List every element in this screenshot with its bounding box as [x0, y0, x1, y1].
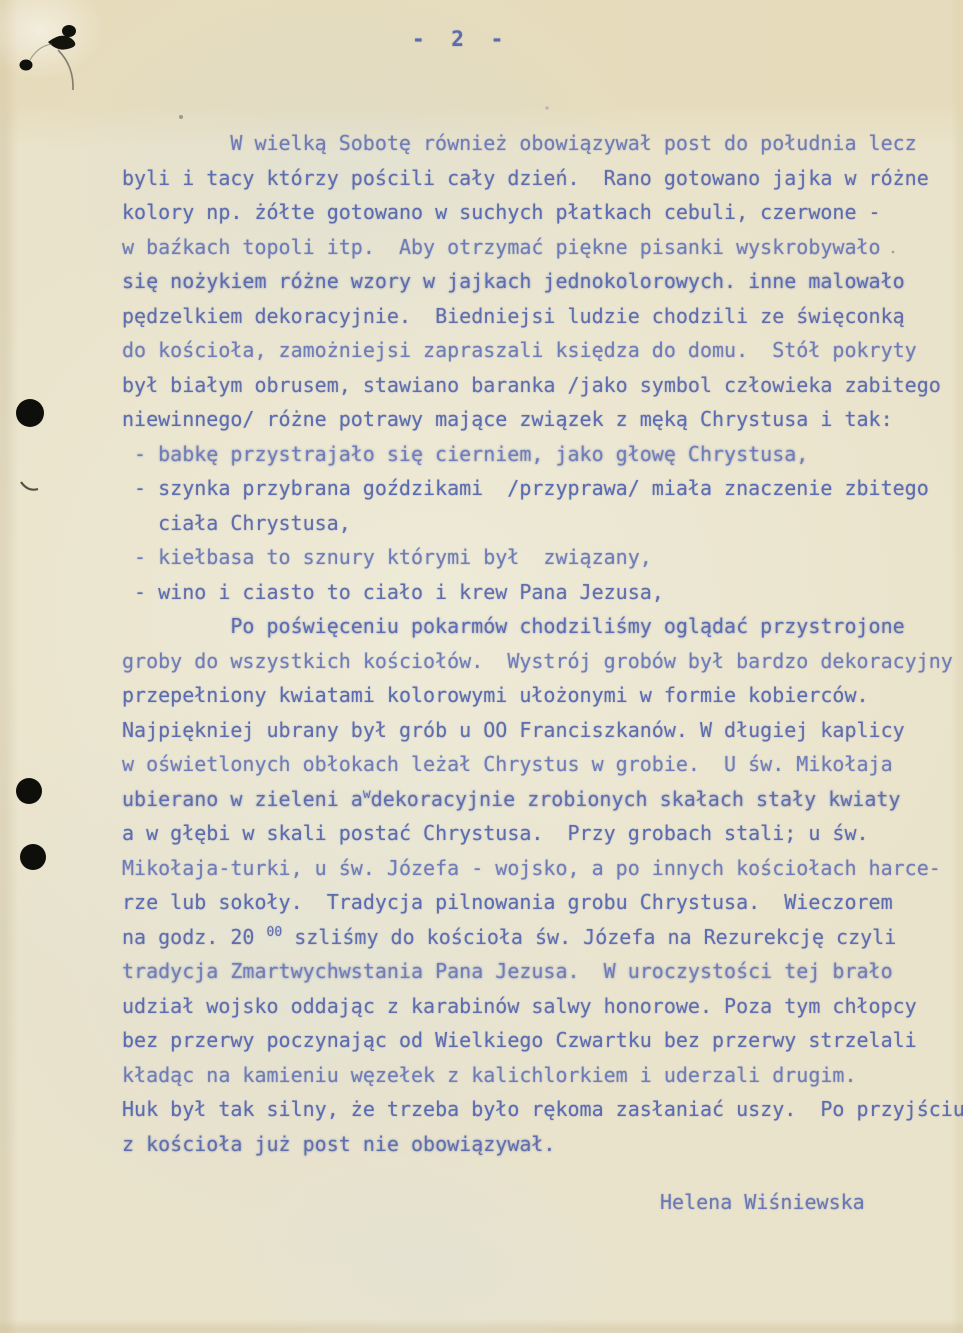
text-line: Po poświęceniu pokarmów chodziliśmy oglą… — [122, 609, 963, 644]
text-line: na godz. 20 00 szliśmy do kościoła św. J… — [122, 920, 963, 955]
text-line: był białym obrusem, stawiano baranka /ja… — [122, 368, 963, 403]
text-line: udział wojsko oddając z karabinów salwy … — [122, 989, 963, 1024]
text-line: kolory np. żółte gotowano w suchych płat… — [122, 195, 963, 230]
text-line: Huk był tak silny, że trzeba było rękoma… — [122, 1092, 963, 1127]
text-line: Najpiękniej ubrany był grób u OO Francis… — [122, 713, 963, 748]
hole-punch — [16, 778, 42, 804]
signature: Helena Wiśniewska — [660, 1190, 865, 1214]
text-line: byli i tacy którzy pościli cały dzień. R… — [122, 161, 963, 196]
text-line: - szynka przybrana goździkami /przyprawa… — [122, 471, 963, 506]
hole-punch — [16, 399, 44, 427]
text-line: pędzelkiem dekoracyjnie. Biedniejsi ludz… — [122, 299, 963, 334]
text-line: Mikołaja-turki, u św. Józefa - wojsko, a… — [122, 851, 963, 886]
pen-mark-icon — [21, 482, 38, 490]
typewritten-body: W wielką Sobotę również obowiązywał post… — [122, 126, 963, 1161]
text-line: się nożykiem różne wzory w jajkach jedno… — [122, 264, 963, 299]
text-line: - babkę przystrajało się cierniem, jako … — [122, 437, 963, 472]
text-line: rze lub sokoły. Tradycja pilnowania grob… — [122, 885, 963, 920]
text-line: groby do wszystkich kościołów. Wystrój g… — [122, 644, 963, 679]
text-line: - wino i ciasto to ciało i krew Pana Jez… — [122, 575, 963, 610]
text-line: kładąc na kamieniu węzełek z kalichlorki… — [122, 1058, 963, 1093]
text-line: z kościoła już post nie obowiązywał. — [122, 1127, 963, 1162]
hole-punch — [20, 844, 46, 870]
text-line: tradycja Zmartwychwstania Pana Jezusa. W… — [122, 954, 963, 989]
text-line: w oświetlonych obłokach leżał Chrystus w… — [122, 747, 963, 782]
page-number: - 2 - — [412, 27, 510, 51]
text-line: bez przerwy poczynając od Wielkiego Czwa… — [122, 1023, 963, 1058]
ink-smudge-icon — [20, 25, 77, 90]
text-line: - kiełbasa to sznury którymi był związan… — [122, 540, 963, 575]
scanned-page: - 2 - W wielką Sobotę również obowiązywa… — [0, 0, 963, 1333]
text-line: do kościoła, zamożniejsi zapraszali księ… — [122, 333, 963, 368]
text-line: przepełniony kwiatami kolorowymi ułożony… — [122, 678, 963, 713]
text-line: niewinnego/ różne potrawy mające związek… — [122, 402, 963, 437]
text-line: w baźkach topoli itp. Aby otrzymać piękn… — [122, 230, 963, 265]
text-line: ciała Chrystusa, — [122, 506, 963, 541]
text-line: W wielką Sobotę również obowiązywał post… — [122, 126, 963, 161]
text-line: ubierano w zieleni awdekoracyjnie zrobio… — [122, 782, 963, 817]
text-line: a w głębi w skali postać Chrystusa. Przy… — [122, 816, 963, 851]
